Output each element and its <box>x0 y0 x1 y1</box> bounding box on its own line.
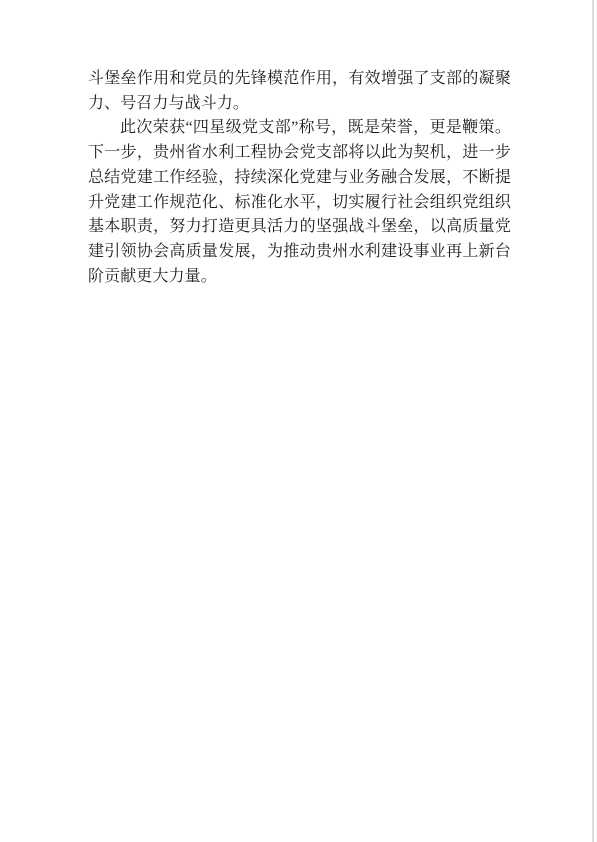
paragraph-continuation: 斗堡垒作用和党员的先锋模范作用，有效增强了支部的凝聚力、号召力与战斗力。 <box>88 67 511 116</box>
paragraph-closing: 此次荣获“四星级党支部”称号，既是荣誉，更是鞭策。下一步，贵州省水利工程协会党支… <box>88 116 511 289</box>
document-text-block: 斗堡垒作用和党员的先锋模范作用，有效增强了支部的凝聚力、号召力与战斗力。 此次荣… <box>88 67 511 289</box>
document-page: 斗堡垒作用和党员的先锋模范作用，有效增强了支部的凝聚力、号召力与战斗力。 此次荣… <box>0 0 597 842</box>
page-right-edge-line <box>592 0 594 842</box>
